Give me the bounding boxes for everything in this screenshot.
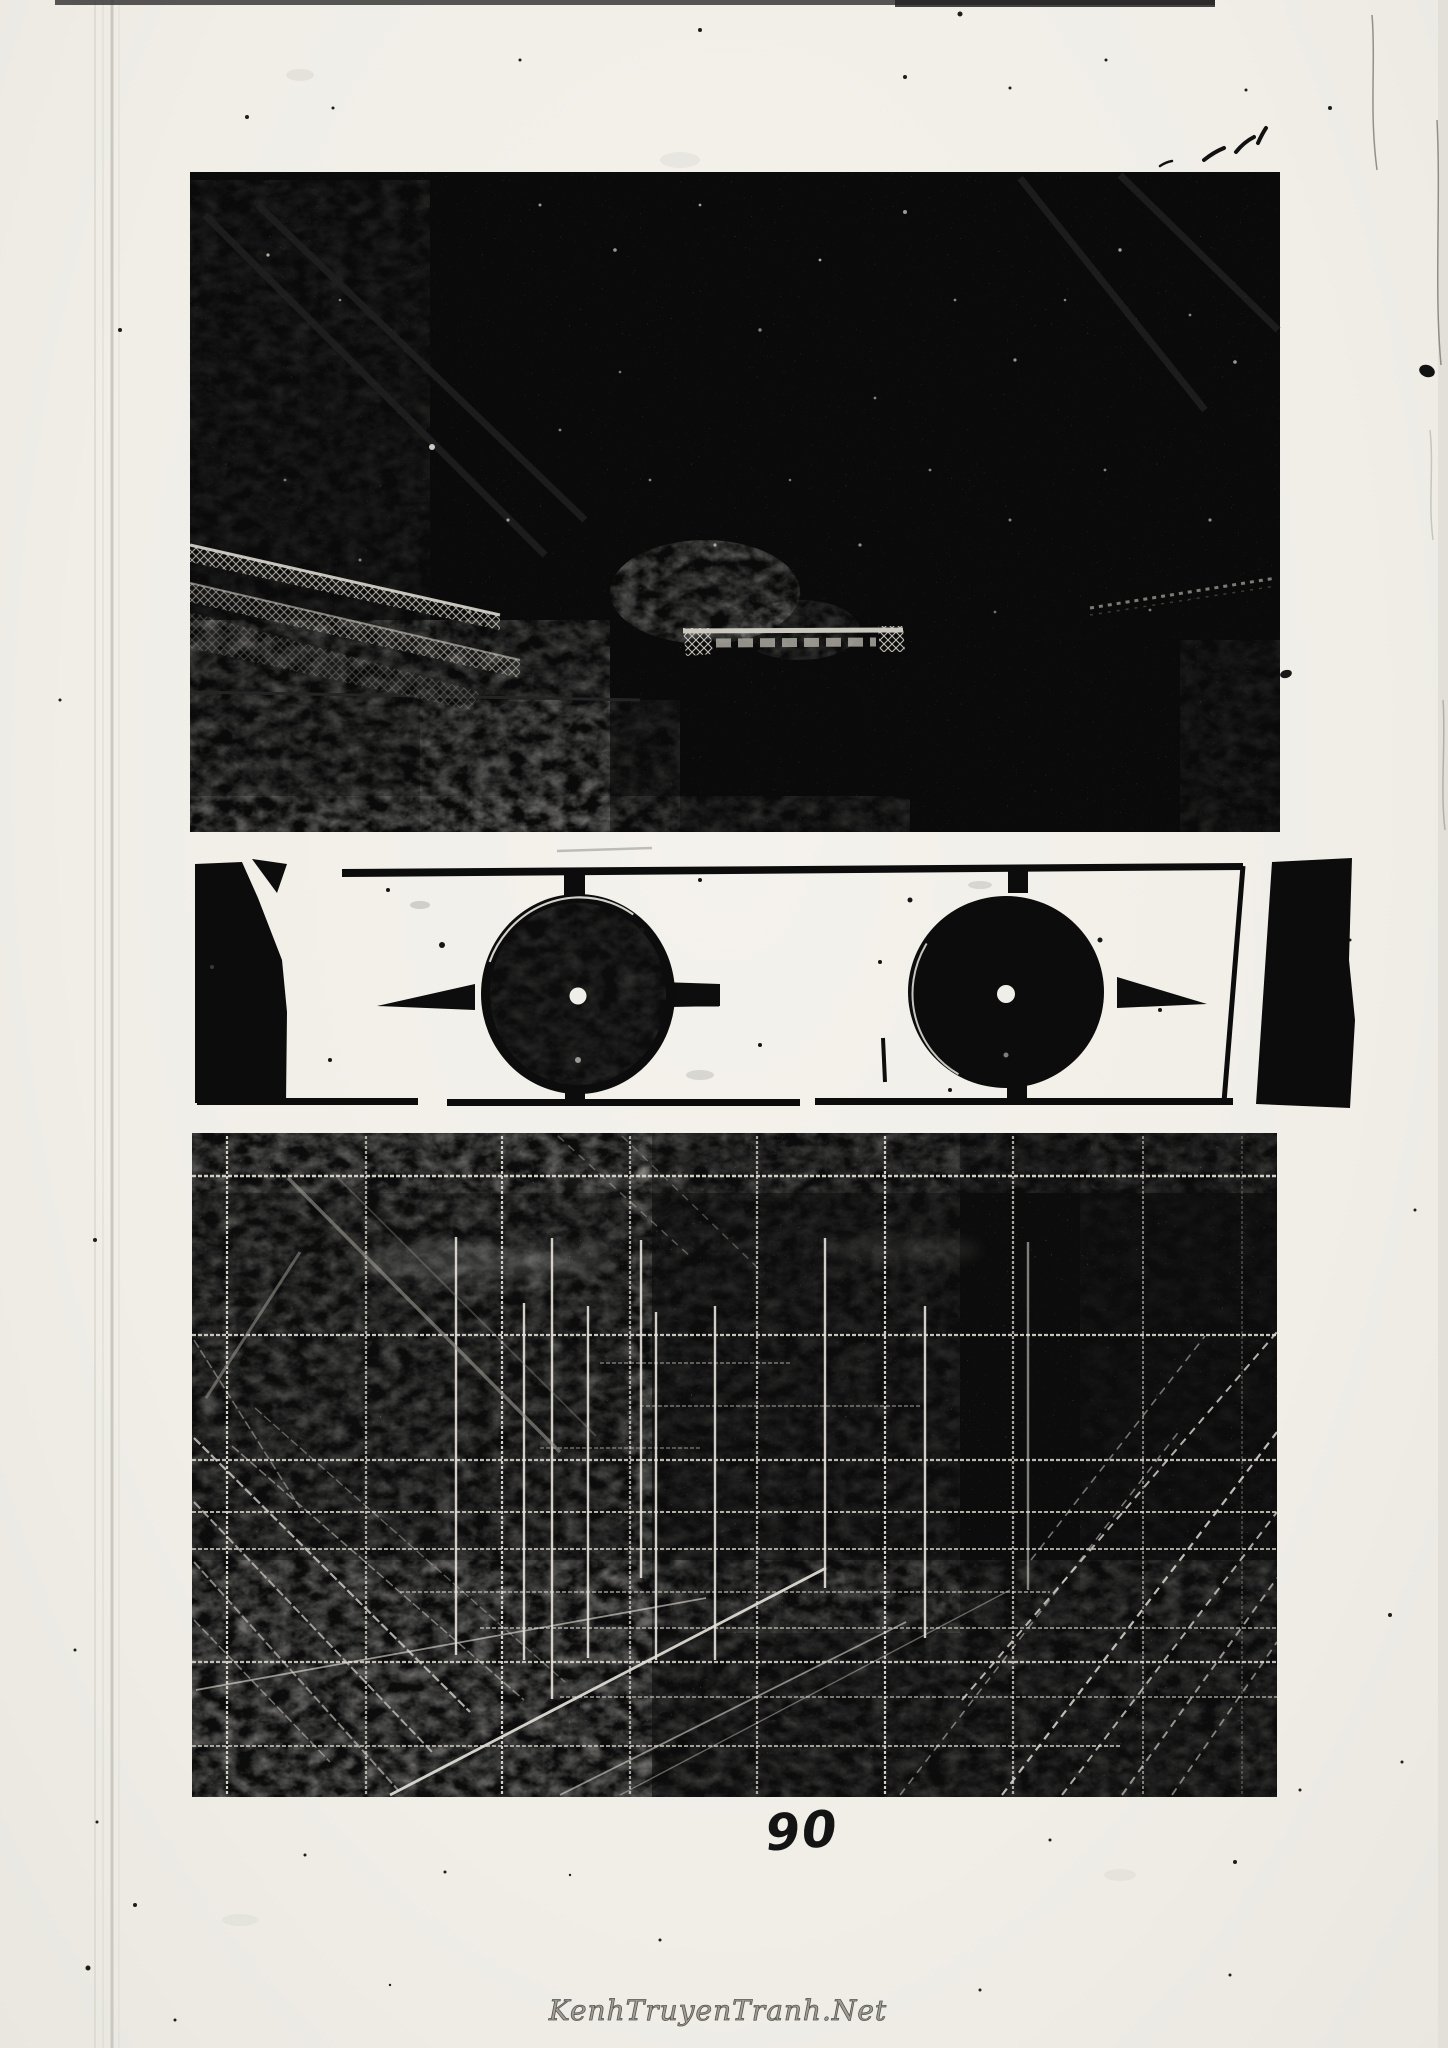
left-hub	[570, 988, 587, 1005]
manga-page: 90 KenhTruyenTranh.Net	[0, 0, 1448, 2048]
page-artwork	[0, 0, 1448, 2048]
watermark: KenhTruyenTranh.Net	[0, 1994, 1442, 2027]
page-number: 90	[750, 1803, 853, 1860]
right-hub	[997, 985, 1015, 1003]
right-end-block	[1256, 858, 1355, 1108]
panel-bottom	[192, 1133, 1277, 1797]
panel-top	[190, 172, 1280, 832]
center-tick	[883, 1038, 885, 1082]
